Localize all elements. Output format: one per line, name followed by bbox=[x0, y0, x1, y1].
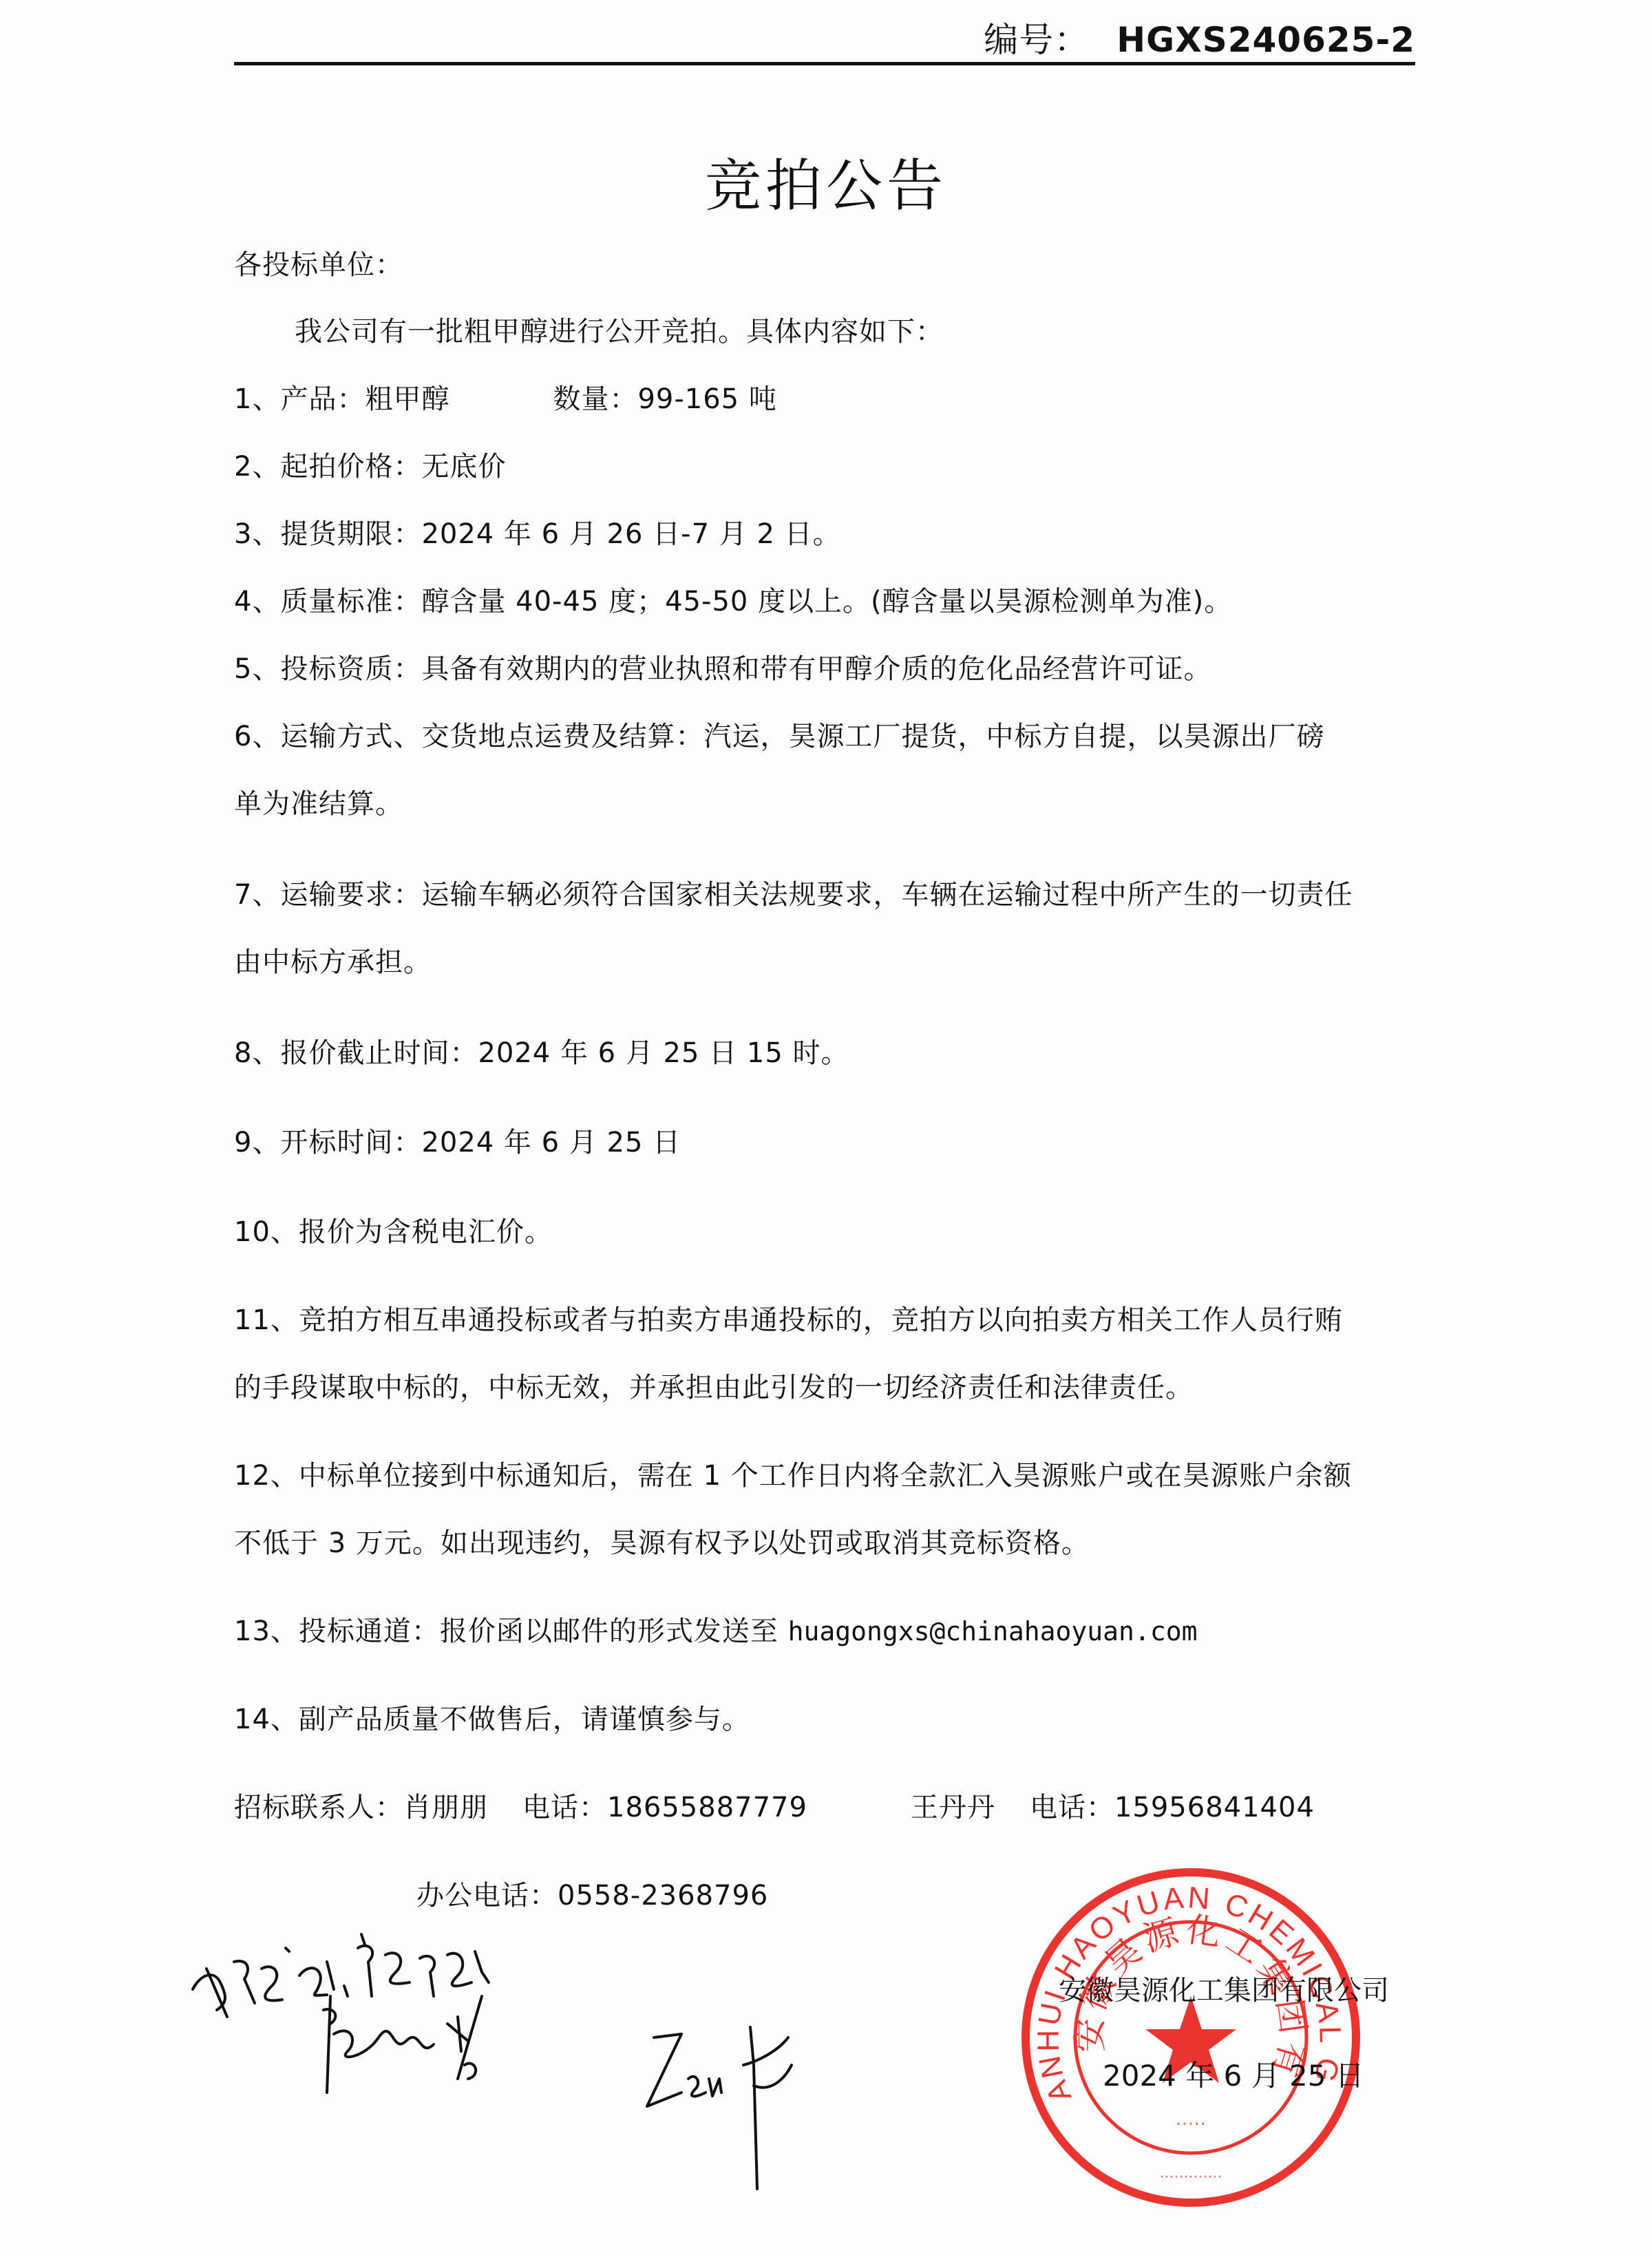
item-6-line-2: 单为准结算。 bbox=[234, 790, 403, 818]
svg-text:·····: ····· bbox=[1176, 2113, 1207, 2135]
company-seal-icon: ANHUI HAOYUAN CHEMICAL GROUP CO.,LTD. 安徽… bbox=[1012, 1859, 1370, 2216]
handwritten-approval-note bbox=[186, 1920, 571, 2099]
item-2: 2、起拍价格：无底价 bbox=[234, 453, 506, 480]
contact-2-phone: 15956841404 bbox=[1114, 1792, 1315, 1823]
item-13-text: 13、投标通道：报价函以邮件的形式发送至 bbox=[234, 1616, 788, 1647]
item-11-line-1: 11、竞拍方相互串通投标或者与拍卖方串通投标的，竞拍方以向拍卖方相关工作人员行贿 bbox=[234, 1306, 1343, 1334]
contact-1-phone-label: 电话： bbox=[522, 1792, 607, 1823]
item-8: 8、报价截止时间：2024 年 6 月 25 日 15 时。 bbox=[234, 1039, 849, 1067]
issue-date: 2024 年 6 月 25 日 bbox=[1103, 2053, 1364, 2095]
item-13: 13、投标通道：报价函以邮件的形式发送至 huagongxs@chinahaoy… bbox=[234, 1618, 1197, 1645]
document-number: 编号：HGXS240625-2 bbox=[984, 12, 1415, 62]
item-7-line-2: 由中标方承担。 bbox=[234, 949, 432, 976]
item-5: 5、投标资质：具备有效期内的营业执照和带有甲醇介质的危化品经营许可证。 bbox=[234, 655, 1211, 683]
svg-text:·············: ············· bbox=[1160, 2169, 1222, 2186]
page-title: 竞拍公告 bbox=[0, 141, 1652, 222]
bid-email-link[interactable]: huagongxs@chinahaoyuan.com bbox=[788, 1616, 1198, 1647]
item-9: 9、开标时间：2024 年 6 月 25 日 bbox=[234, 1129, 681, 1156]
item-12-line-1: 12、中标单位接到中标通知后，需在 1 个工作日内将全款汇入昊源账户或在昊源账户… bbox=[234, 1462, 1352, 1490]
document-page: 编号：HGXS240625-2 竞拍公告 各投标单位： 我公司有一批粗甲醇进行公… bbox=[0, 0, 1652, 2255]
issuing-company: 安徽昊源化工集团有限公司 bbox=[1059, 1969, 1389, 2008]
item-1: 1、产品：粗甲醇数量：99-165 吨 bbox=[234, 385, 777, 413]
signature bbox=[640, 2024, 798, 2196]
item-14: 14、副产品质量不做售后，请谨慎参与。 bbox=[234, 1706, 750, 1733]
item-3: 3、提货期限：2024 年 6 月 26 日-7 月 2 日。 bbox=[234, 520, 841, 548]
item-10: 10、报价为含税电汇价。 bbox=[234, 1218, 553, 1246]
contact-1-name: 肖朋朋 bbox=[403, 1792, 488, 1823]
item-1-product: 1、产品：粗甲醇 bbox=[234, 383, 449, 415]
item-11-line-2: 的手段谋取中标的，中标无效，并承担由此引发的一切经济责任和法律责任。 bbox=[234, 1374, 1194, 1401]
salutation: 各投标单位： bbox=[234, 251, 403, 279]
contact-2-name: 王丹丹 bbox=[911, 1792, 995, 1823]
office-phone-label: 办公电话： bbox=[416, 1880, 558, 1912]
item-6-line-1: 6、运输方式、交货地点运费及结算：汽运，昊源工厂提货，中标方自提，以昊源出厂磅 bbox=[234, 723, 1324, 750]
contact-2-phone-label: 电话： bbox=[1030, 1792, 1114, 1823]
office-phone: 0558-2368796 bbox=[558, 1880, 768, 1912]
header-divider bbox=[234, 62, 1415, 65]
item-7-line-1: 7、运输要求：运输车辆必须符合国家相关法规要求，车辆在运输过程中所产生的一切责任 bbox=[234, 881, 1353, 909]
office-phone-line: 办公电话：0558-2368796 bbox=[416, 1882, 768, 1909]
contact-1-phone: 18655887779 bbox=[607, 1792, 807, 1823]
contact-line: 招标联系人：肖朋朋电话：18655887779王丹丹电话：15956841404 bbox=[234, 1794, 1315, 1821]
contact-label: 招标联系人： bbox=[234, 1792, 403, 1823]
item-4: 4、质量标准：醇含量 40-45 度；45-50 度以上。(醇含量以昊源检测单为… bbox=[234, 588, 1232, 615]
item-12-line-2: 不低于 3 万元。如出现违约，昊源有权予以处罚或取消其竞标资格。 bbox=[234, 1529, 1090, 1557]
intro-paragraph: 我公司有一批粗甲醇进行公开竞拍。具体内容如下： bbox=[295, 318, 944, 346]
document-number-value: HGXS240625-2 bbox=[1116, 20, 1415, 60]
document-number-label: 编号： bbox=[984, 20, 1089, 60]
item-1-quantity: 数量：99-165 吨 bbox=[553, 383, 776, 415]
